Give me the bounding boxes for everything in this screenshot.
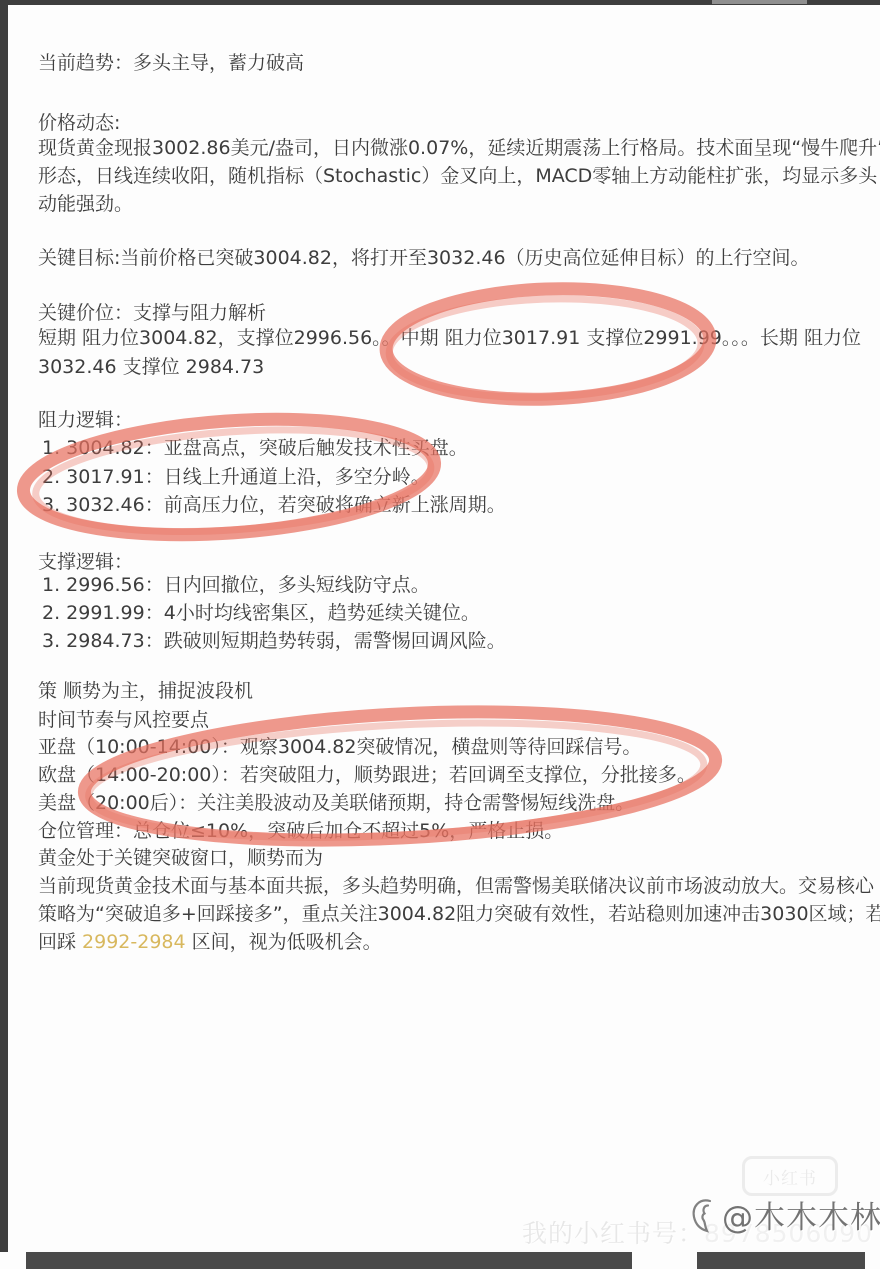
profile-head-icon xyxy=(686,1195,720,1235)
key-levels-heading: 关键价位：支撑与阻力解析 xyxy=(38,299,266,327)
author-handle-text: @木木木林 xyxy=(722,1192,880,1237)
support-item-3: 3. 2984.73：跌破则短期趋势转弱，需警惕回调风险。 xyxy=(42,627,506,655)
closing-heading: 黄金处于关键突破窗口，顺势而为 xyxy=(38,844,323,872)
trend-line: 当前趋势：多头主导，蓄力破高 xyxy=(38,49,304,77)
photo-top-edge-highlight xyxy=(712,0,807,4)
resistance-item-2: 2. 3017.91：日线上升通道上沿，多空分岭。 xyxy=(42,463,506,492)
closing-line-2: 策略为“突破追多+回踩接多”，重点关注3004.82阻力突破有效性，若站稳则加速… xyxy=(38,900,880,928)
photo-left-edge xyxy=(0,4,8,1252)
sessions-list: 亚盘（10:00-14:00）：观察3004.82突破情况，横盘则等待回踩信号。… xyxy=(38,733,696,845)
key-levels-paragraph: 短期 阻力位3004.82，支撑位2996.56。。中期 阻力位3017.91 … xyxy=(38,324,861,382)
author-watermark: @木木木林 xyxy=(686,1192,880,1237)
price-dynamics-line-1: 现货黄金现报3002.86美元/盎司，日内微涨0.07%，延续近期震荡上行格局。… xyxy=(38,134,880,162)
key-target-line: 关键目标:当前价格已突破3004.82，将打开至3032.46（历史高位延伸目标… xyxy=(38,244,810,272)
support-item-2: 2. 2991.99：4小时均线密集区，趋势延续关键位。 xyxy=(42,599,506,627)
price-dynamics-line-3: 动能强劲。 xyxy=(38,190,880,218)
price-dynamics-line-2: 形态，日线连续收阳，随机指标（Stochastic）金叉向上，MACD零轴上方动… xyxy=(38,162,880,190)
position-management: 仓位管理：总仓位≤10%，突破后加仓不超过5%，严格止损。 xyxy=(38,817,696,845)
session-asia: 亚盘（10:00-14:00）：观察3004.82突破情况，横盘则等待回踩信号。 xyxy=(38,733,696,761)
key-levels-line-1: 短期 阻力位3004.82，支撑位2996.56。。中期 阻力位3017.91 … xyxy=(38,324,861,353)
key-levels-line-2: 3032.46 支撑位 2984.73 xyxy=(38,353,861,382)
photo-bottom-bar-right xyxy=(697,1252,865,1269)
price-dynamics-heading: 价格动态: xyxy=(38,109,120,137)
session-europe: 欧盘（14:00-20:00）：若突破阻力，顺势跟进；若回调至支撑位，分批接多。 xyxy=(38,761,696,789)
support-item-1: 1. 2996.56：日内回撤位，多头短线防守点。 xyxy=(42,571,506,599)
price-dynamics-paragraph: 现货黄金现报3002.86美元/盎司，日内微涨0.07%，延续近期震荡上行格局。… xyxy=(38,134,880,218)
support-logic-list: 1. 2996.56：日内回撤位，多头短线防守点。 2. 2991.99：4小时… xyxy=(42,571,506,655)
gold-range-highlight: 2992-2984 xyxy=(82,931,186,953)
resistance-logic-heading: 阻力逻辑： xyxy=(38,406,133,434)
strategy-line: 策 顺势为主，捕捉波段机 xyxy=(38,677,253,705)
timing-heading: 时间节奏与风控要点 xyxy=(38,706,209,734)
closing-line-3: 回踩 2992-2984 区间，视为低吸机会。 xyxy=(38,928,880,956)
closing-line-1: 当前现货黄金技术面与基本面共振，多头趋势明确，但需警惕美联储决议前市场波动放大。… xyxy=(38,872,880,900)
document-page: 当前趋势：多头主导，蓄力破高 价格动态: 现货黄金现报3002.86美元/盎司，… xyxy=(0,0,880,1269)
closing-paragraph: 当前现货黄金技术面与基本面共振，多头趋势明确，但需警惕美联储决议前市场波动放大。… xyxy=(38,872,880,956)
xiaohongshu-badge-watermark: 小红书 xyxy=(742,1156,838,1196)
session-us: 美盘（20:00后）：关注美股波动及美联储预期，持仓需警惕短线洗盘。 xyxy=(38,789,696,817)
resistance-item-1: 1. 3004.82：亚盘高点，突破后触发技术性买盘。 xyxy=(42,434,506,463)
resistance-item-3: 3. 3032.46：前高压力位，若突破将确立新上涨周期。 xyxy=(42,491,506,520)
resistance-logic-list: 1. 3004.82：亚盘高点，突破后触发技术性买盘。 2. 3017.91：日… xyxy=(42,434,506,520)
photo-bottom-bar-left xyxy=(26,1252,632,1269)
xiaohongshu-badge-label: 小红书 xyxy=(763,1164,817,1189)
xiaohongshu-id-label: 我的小红书号： xyxy=(522,1219,704,1248)
